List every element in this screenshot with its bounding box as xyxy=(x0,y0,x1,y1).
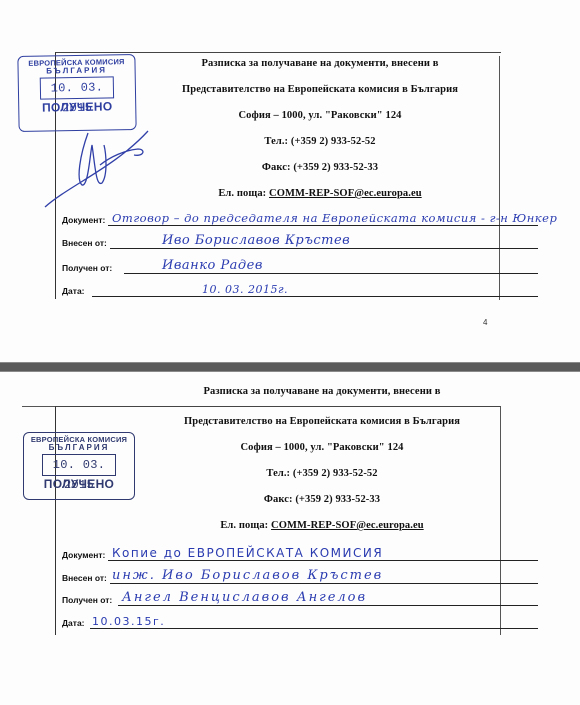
receipt-phone: Тел.: (+359 2) 933-52-52 xyxy=(152,468,492,479)
field-received-by: Получен от: Иванко Радев xyxy=(62,255,546,275)
field-label: Документ: xyxy=(62,550,105,560)
stamp-date: 10. 03. 2015 xyxy=(42,454,116,476)
receipt-address: София – 1000, ул. "Раковски" 124 xyxy=(150,110,490,121)
receipt-email-line: Ел. поща: COMM-REP-SOF@ec.europa.eu xyxy=(152,520,492,531)
stamp-status: ПОЛУЧЕНО xyxy=(24,477,134,491)
field-label: Получен от: xyxy=(62,595,112,605)
receipt-title-line2: Представителство на Европейската комисия… xyxy=(150,84,490,95)
field-underline xyxy=(90,628,538,629)
stamp-country: БЪЛГАРИЯ xyxy=(24,443,134,452)
received-stamp: ЕВРОПЕЙСКА КОМИСИЯ БЪЛГАРИЯ 10. 03. 2015… xyxy=(17,54,136,132)
field-date: Дата: 10. 03. 2015г. xyxy=(62,278,546,298)
field-document: Документ: Копие до ЕВРОПЕЙСКАТА КОМИСИЯ xyxy=(62,542,546,562)
field-underline xyxy=(92,296,538,297)
receipt-scan-top: Разписка за получаване на документи, вне… xyxy=(0,0,580,362)
field-submitted-by: Внесен от: инж. Иво Бориславов Кръстев xyxy=(62,565,546,585)
received-stamp: ЕВРОПЕЙСКА КОМИСИЯ БЪЛГАРИЯ 10. 03. 2015… xyxy=(23,432,135,500)
page-number: 4 xyxy=(483,318,487,327)
receipt-fax: Факс: (+359 2) 933-52-33 xyxy=(152,494,492,505)
field-underline xyxy=(110,248,538,249)
receipt-fax: Факс: (+359 2) 933-52-33 xyxy=(150,162,490,173)
receipt-phone: Тел.: (+359 2) 933-52-52 xyxy=(150,136,490,147)
handwritten-date: 10. 03. 2015г. xyxy=(202,283,288,296)
field-underline xyxy=(108,225,538,226)
receipt-title-line1: Разписка за получаване на документи, вне… xyxy=(152,386,492,397)
field-label: Дата: xyxy=(62,286,85,296)
stamp-status: ПОЛУЧЕНО xyxy=(19,99,135,115)
field-label: Документ: xyxy=(62,215,105,225)
receipt-title-line2: Представителство на Европейската комисия… xyxy=(152,416,492,427)
handwritten-signature xyxy=(40,125,150,210)
frame-stub xyxy=(22,406,56,407)
handwritten-document: Отговор – до председателя на Европейскат… xyxy=(112,211,557,225)
receipt-scan-bottom: Разписка за получаване на документи, вне… xyxy=(0,372,580,705)
receipt-title-line1: Разписка за получаване на документи, вне… xyxy=(150,58,490,69)
field-received-by: Получен от: Ангел Венциславов Ангелов xyxy=(62,587,546,607)
handwritten-submitted-by: Иво Бориславов Кръстев xyxy=(162,233,350,248)
field-submitted-by: Внесен от: Иво Бориславов Кръстев xyxy=(62,230,546,250)
receipt-address: София – 1000, ул. "Раковски" 124 xyxy=(152,442,492,453)
field-date: Дата: 10.03.15г. xyxy=(62,610,546,630)
handwritten-document: Копие до ЕВРОПЕЙСКАТА КОМИСИЯ xyxy=(112,546,383,560)
field-label: Внесен от: xyxy=(62,238,107,248)
page-divider xyxy=(0,362,580,372)
field-underline xyxy=(110,583,538,584)
field-underline xyxy=(124,273,538,274)
field-label: Внесен от: xyxy=(62,573,107,583)
handwritten-date: 10.03.15г. xyxy=(92,615,165,628)
stamp-date: 10. 03. 2015 xyxy=(40,76,114,99)
email-link[interactable]: COMM-REP-SOF@ec.europa.eu xyxy=(269,188,422,199)
handwritten-submitted-by: инж. Иво Бориславов Кръстев xyxy=(112,568,383,583)
email-label: Ел. поща: xyxy=(220,520,268,531)
handwritten-received-by: Ангел Венциславов Ангелов xyxy=(122,590,367,605)
field-underline xyxy=(118,605,538,606)
email-link[interactable]: COMM-REP-SOF@ec.europa.eu xyxy=(271,520,424,531)
receipt-email-line: Ел. поща: COMM-REP-SOF@ec.europa.eu xyxy=(150,188,490,199)
field-document: Документ: Отговор – до председателя на Е… xyxy=(62,207,546,227)
field-underline xyxy=(108,560,538,561)
field-label: Получен от: xyxy=(62,263,112,273)
field-label: Дата: xyxy=(62,618,85,628)
handwritten-received-by: Иванко Радев xyxy=(162,258,263,273)
email-label: Ел. поща: xyxy=(218,188,266,199)
